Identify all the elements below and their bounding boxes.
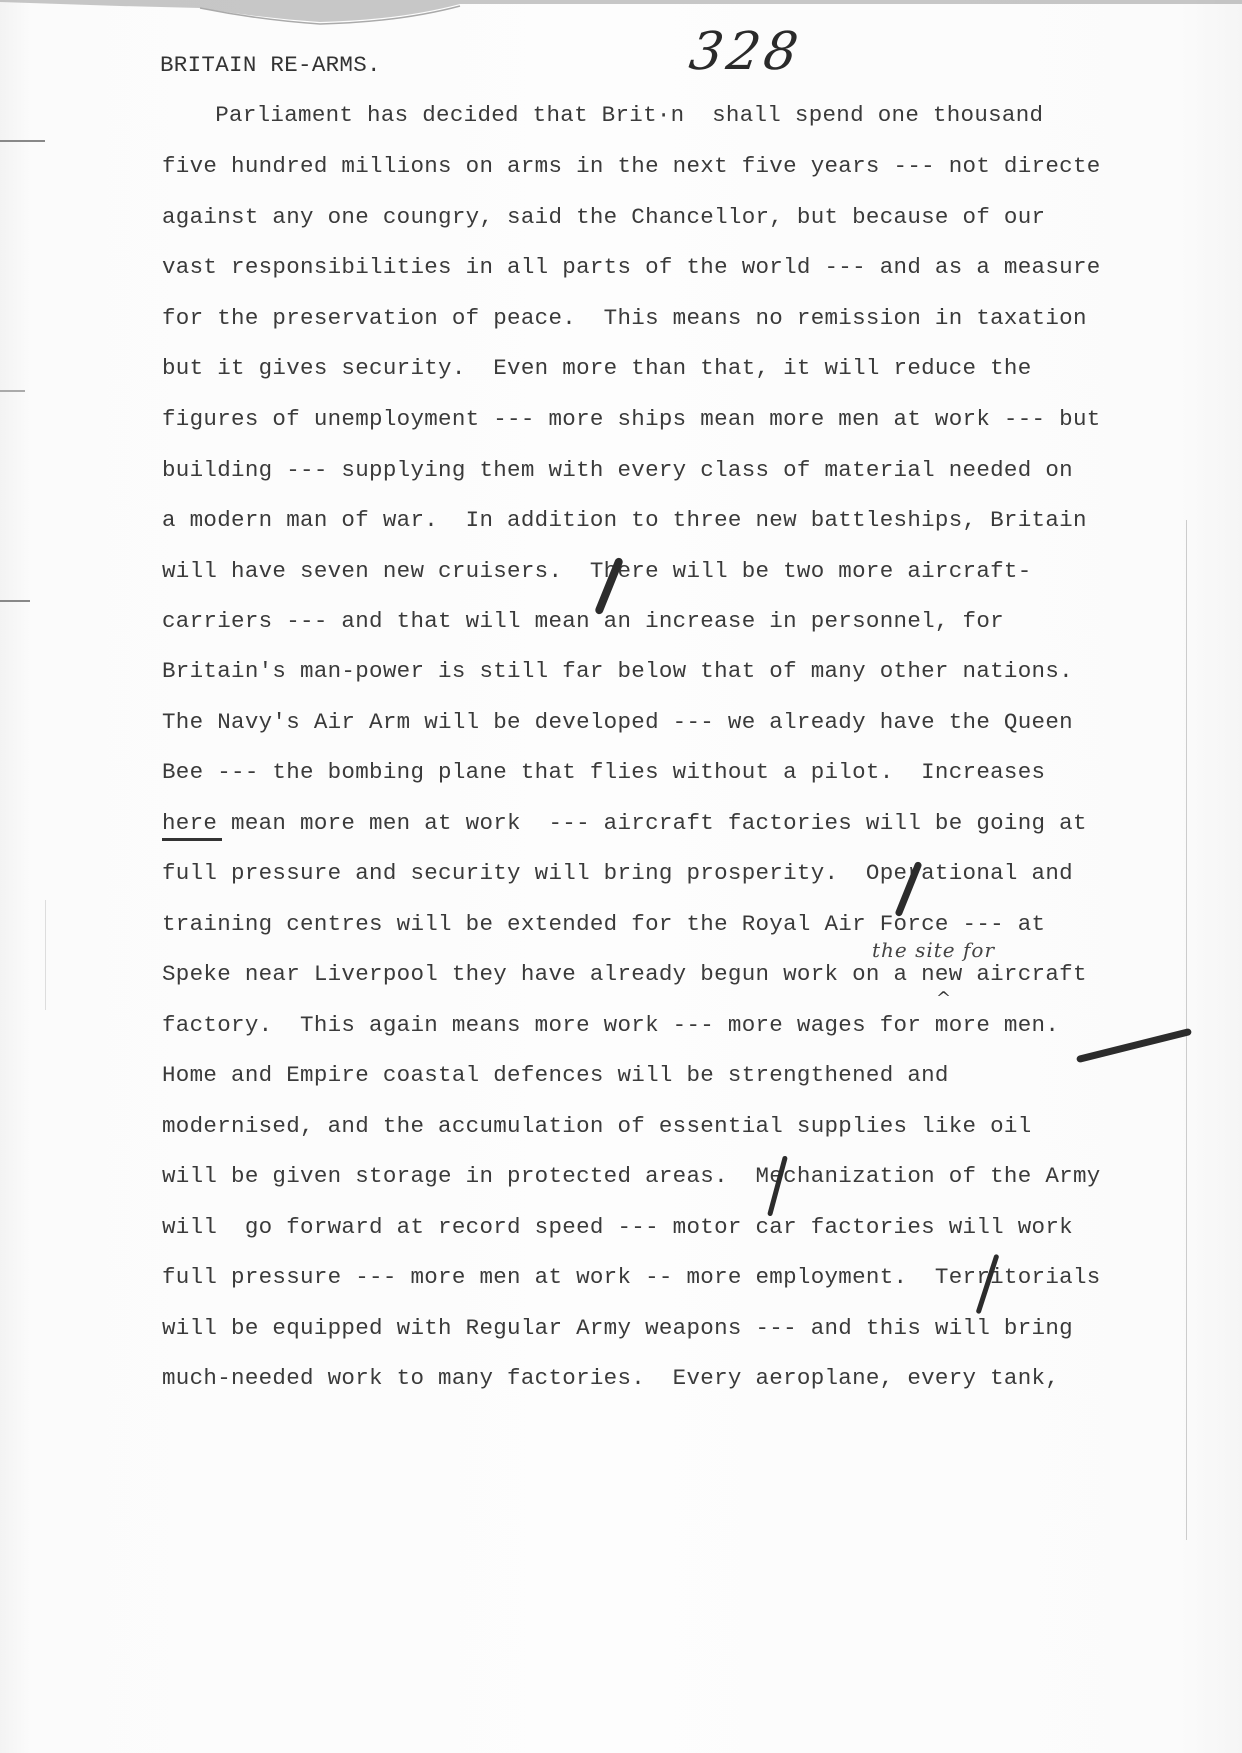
text-line: full pressure and security will bring pr… [162, 860, 1073, 886]
torn-top-edge [0, 0, 1242, 40]
text-line: will go forward at record speed --- moto… [162, 1214, 1073, 1240]
document-page: 328 BRITAIN RE-ARMS. Parliament has deci… [0, 0, 1242, 1753]
handwritten-insertion: the site for [872, 938, 995, 962]
text-line: against any one coungry, said the Chance… [162, 204, 1045, 230]
left-edge-mark [0, 600, 30, 602]
text-line: will be equipped with Regular Army weapo… [162, 1315, 1073, 1341]
text-line: full pressure --- more men at work -- mo… [162, 1264, 1101, 1290]
text-line: figures of unemployment --- more ships m… [162, 406, 1101, 432]
text-line: for the preservation of peace. This mean… [162, 305, 1087, 331]
text-line: will be given storage in protected areas… [162, 1163, 1101, 1189]
document-title: BRITAIN RE-ARMS. [160, 52, 381, 78]
insertion-caret: ^ [936, 988, 951, 1009]
text-line: Speke near Liverpool they have already b… [162, 961, 1087, 987]
text-line: Bee --- the bombing plane that flies wit… [162, 759, 1045, 785]
text-line: will have seven new cruisers. There will… [162, 558, 1032, 584]
text-line: modernised, and the accumulation of esse… [162, 1113, 1032, 1139]
handwritten-folio-number: 328 [686, 22, 806, 82]
text-line: Britain's man-power is still far below t… [162, 658, 1073, 684]
text-line: five hundred millions on arms in the nex… [162, 153, 1101, 179]
left-edge-mark [0, 390, 25, 392]
text-line: a modern man of war. In addition to thre… [162, 507, 1087, 533]
underline-mark [162, 838, 222, 841]
text-line: here mean more men at work --- aircraft … [162, 810, 1087, 836]
end-of-section-stroke [1076, 1028, 1192, 1063]
text-line: much-needed work to many factories. Ever… [162, 1365, 1059, 1391]
text-line: Parliament has decided that Brit·n shall… [160, 102, 1043, 128]
text-line: Home and Empire coastal defences will be… [162, 1062, 949, 1088]
text-line: building --- supplying them with every c… [162, 457, 1073, 483]
text-line: but it gives security. Even more than th… [162, 355, 1032, 381]
text-line: factory. This again means more work --- … [162, 1012, 1059, 1038]
text-line: The Navy's Air Arm will be developed ---… [162, 709, 1073, 735]
text-line: vast responsibilities in all parts of th… [162, 254, 1101, 280]
left-edge-mark [0, 140, 45, 142]
text-line: carriers --- and that will mean an incre… [162, 608, 1004, 634]
fold-crease [45, 900, 46, 1010]
text-line: training centres will be extended for th… [162, 911, 1045, 937]
